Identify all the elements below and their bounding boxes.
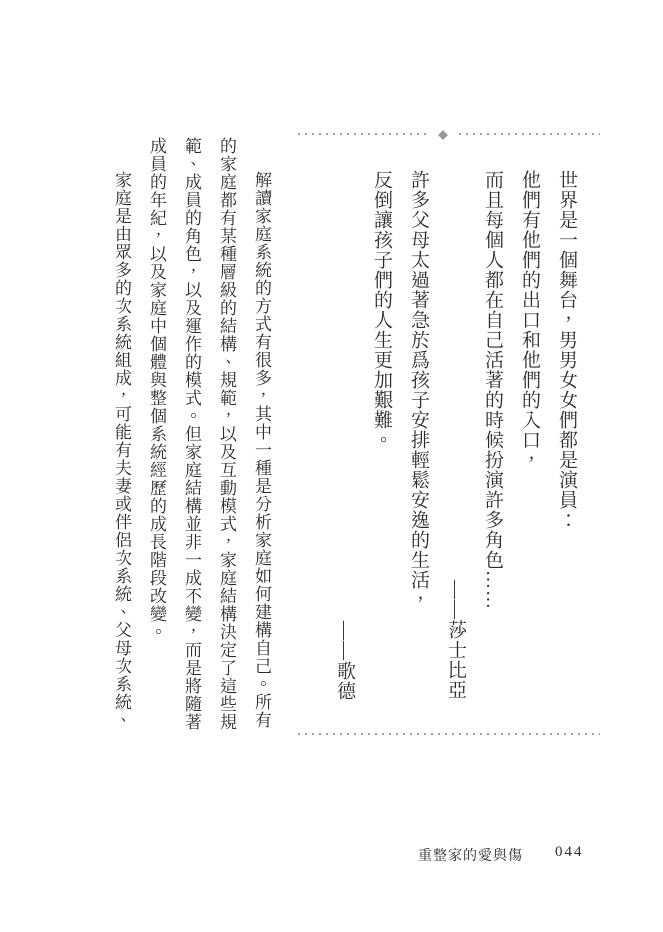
body-text: 解讀家庭系統的方式有很多，其中一種是分析家庭如何建構自己。所有的家庭都有某種層級… xyxy=(104,137,279,733)
body-paragraph: 家庭是由眾多的次系統組成，可能有夫妻或伴侶次系統、父母次系統、 xyxy=(104,137,139,733)
epigraph-block: ◆ 世界是一個舞台，男男女女們都是演員： 他們有他們的出口和他們的入口， 而且每… xyxy=(298,133,600,735)
quote-attribution-shakespeare: ——莎士比亞 xyxy=(437,170,474,727)
book-page: ◆ 世界是一個舞台，男男女女們都是演員： 他們有他們的出口和他們的入口， 而且每… xyxy=(0,0,663,932)
quote-line: 而且每個人都在自己活著的時候扮演許多角色…… xyxy=(474,170,511,727)
dotted-divider-bottom xyxy=(298,733,600,735)
diamond-icon: ◆ xyxy=(431,128,455,141)
epigraph-text: 世界是一個舞台，男男女女們都是演員： 他們有他們的出口和他們的入口， 而且每個人… xyxy=(298,170,585,727)
page-number: 044 xyxy=(555,844,584,861)
quote-line: 反倒讓孩子們的人生更加艱難。 xyxy=(363,170,400,727)
quote-line: 世界是一個舞台，男男女女們都是演員： xyxy=(548,170,585,727)
running-footer-book-title: 重整家的愛與傷 xyxy=(418,845,523,865)
quote-line: 他們有他們的出口和他們的入口， xyxy=(511,170,548,727)
quote-attribution-goethe: ——歌德 xyxy=(326,170,363,727)
dotted-divider-top: ◆ xyxy=(298,133,600,135)
quote-line: 許多父母太過著急於爲孩子安排輕鬆安逸的生活， xyxy=(400,170,437,727)
body-paragraph: 解讀家庭系統的方式有很多，其中一種是分析家庭如何建構自己。所有的家庭都有某種層級… xyxy=(139,137,279,733)
